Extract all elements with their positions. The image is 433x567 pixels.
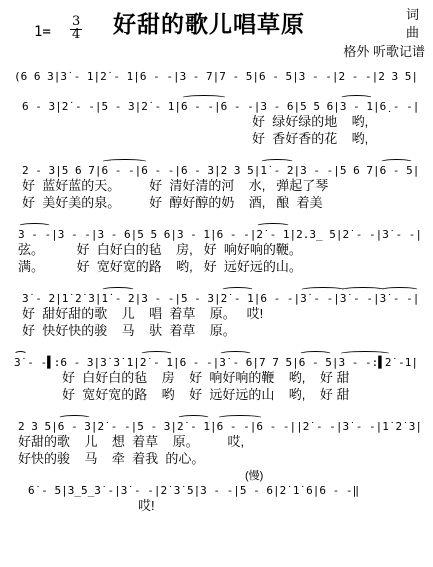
- sheet-music-page: 1= 34 好甜的歌儿唱草原 词 曲 格外 听歌记谱 (6 6 3̇|3̇ - …: [0, 0, 433, 567]
- notation-line: 2 - 3|5 6 7|6 - -|6 - -|6 - 3̇|2 3 5|1̇ …: [22, 156, 433, 177]
- lyric-line: 哎!: [0, 497, 433, 514]
- header: 1= 34 好甜的歌儿唱草原 词 曲 格外 听歌记谱: [0, 0, 433, 62]
- lyricist-credit: 词: [406, 4, 419, 23]
- lyric-line: 好 美好美的泉。 好 醇好醇的奶 酒, 酿 着美: [0, 194, 433, 211]
- notation-line: 6 - 3̇|2̇ - -|5 - 3|2̇ - 1̇|6 - -|6 - -|…: [22, 92, 433, 113]
- notation-text: 6 - 3̇|2̇ - -|5 - 3|2̇ - 1̇|6 - -|6 - -|…: [22, 100, 419, 113]
- systems: (6 6 3̇|3̇ - 1̇|2̇ - 1̇|6 - -|3 - 7|7 - …: [0, 62, 433, 514]
- lyric-line: 好 快好快的骏 马 驮 着草 原。: [0, 322, 433, 339]
- song-title: 好甜的歌儿唱草原: [113, 6, 305, 39]
- notation-line: 2 3 5|6 - 3̇|2̇ - -|5 - 3|2̇ - 1̇|6 - -|…: [18, 412, 433, 433]
- transcriber-credit: 格外 听歌记谱: [343, 41, 425, 60]
- key-signature: 1=: [34, 24, 51, 40]
- lyric-line: 好 白好白的毡 房 好 响好响的鞭 哟, 好 甜: [0, 369, 433, 386]
- notation-line: 3̇ - 2̇|1̇ 2̇ 3̇|1̇ - 2|3 - -|5 - 3|2̇ -…: [22, 284, 433, 305]
- time-denominator: 4: [70, 27, 82, 42]
- system-4: 3 - -|3 - -|3 - 6|5 5 6|3 - 1̇|6 - -|2̇ …: [0, 220, 433, 275]
- lyric-line: 满。 好 宽好宽的路 哟, 好 远好远的山。: [0, 258, 433, 275]
- notation-line: 3 - -|3 - -|3 - 6|5 5 6|3 - 1̇|6 - -|2̇ …: [18, 220, 433, 241]
- notation-text: 2 3 5|6 - 3̇|2̇ - -|5 - 3|2̇ - 1̇|6 - -|…: [18, 420, 422, 433]
- lyric-line: 弦。 好 白好白的毡 房, 好 响好响的鞭。: [0, 241, 433, 258]
- notation-text: 3̇ - 2̇|1̇ 2̇ 3̇|1̇ - 2|3 - -|5 - 3|2̇ -…: [22, 292, 419, 305]
- lyric-line: 好 宽好宽的路 哟 好 远好远的山 哟, 好 甜: [0, 386, 433, 403]
- lyric-line: 好快的骏 马 牵 着我 的心。: [0, 450, 433, 467]
- lyric-line: 好 绿好绿的地 哟,: [0, 113, 433, 130]
- lyric-line: 好 香好香的花 哟,: [0, 130, 433, 147]
- time-signature: 34: [70, 15, 82, 41]
- lyric-line: 好 蓝好蓝的天。 好 清好清的河 水, 弹起了琴: [0, 177, 433, 194]
- system-6: 3̇ - -▌:6 - 3̇|3̇ 3̇ 1̇|2̇ - 1̇|6 - -|3̇…: [0, 348, 433, 403]
- tempo-mark: (慢): [245, 470, 263, 483]
- lyric-line: 好 甜好甜的歌 儿 唱 着草 原。 哎!: [0, 305, 433, 322]
- lyric-line: 好甜的歌 儿 想 着草 原。 哎,: [0, 433, 433, 450]
- system-5: 3̇ - 2̇|1̇ 2̇ 3̇|1̇ - 2|3 - -|5 - 3|2̇ -…: [0, 284, 433, 339]
- notation-line: 3̇ - -▌:6 - 3̇|3̇ 3̇ 1̇|2̇ - 1̇|6 - -|3̇…: [14, 348, 433, 369]
- notation-text: 6̇ - 5̇|3̲̇5̲̇3̇ -|3̇ - -|2̇ 3̇ 5̇|3 - -…: [28, 484, 359, 497]
- system-1: (6 6 3̇|3̇ - 1̇|2̇ - 1̇|6 - -|3 - 7|7 - …: [0, 62, 433, 83]
- notation-text: 3̇ - -▌:6 - 3̇|3̇ 3̇ 1̇|2̇ - 1̇|6 - -|3̇…: [14, 356, 418, 369]
- system-3: 2 - 3|5 6 7|6 - -|6 - -|6 - 3̇|2 3 5|1̇ …: [0, 156, 433, 211]
- system-8: 6̇ - 5̇|3̲̇5̲̇3̇ -|3̇ - -|2̇ 3̇ 5̇|3 - -…: [0, 476, 433, 514]
- notation-text: (6 6 3̇|3̇ - 1̇|2̇ - 1̇|6 - -|3 - 7|7 - …: [14, 70, 418, 83]
- system-2: 6 - 3̇|2̇ - -|5 - 3|2̇ - 1̇|6 - -|6 - -|…: [0, 92, 433, 147]
- notation-line: (6 6 3̇|3̇ - 1̇|2̇ - 1̇|6 - -|3 - 7|7 - …: [14, 62, 433, 83]
- notation-text: 3 - -|3 - -|3 - 6|5 5 6|3 - 1̇|6 - -|2̇ …: [18, 228, 422, 241]
- notation-line: 6̇ - 5̇|3̲̇5̲̇3̇ -|3̇ - -|2̇ 3̇ 5̇|3 - -…: [28, 476, 433, 497]
- composer-credit: 曲: [406, 22, 419, 41]
- system-7: 2 3 5|6 - 3̇|2̇ - -|5 - 3|2̇ - 1̇|6 - -|…: [0, 412, 433, 467]
- notation-text: 2 - 3|5 6 7|6 - -|6 - -|6 - 3̇|2 3 5|1̇ …: [22, 164, 419, 177]
